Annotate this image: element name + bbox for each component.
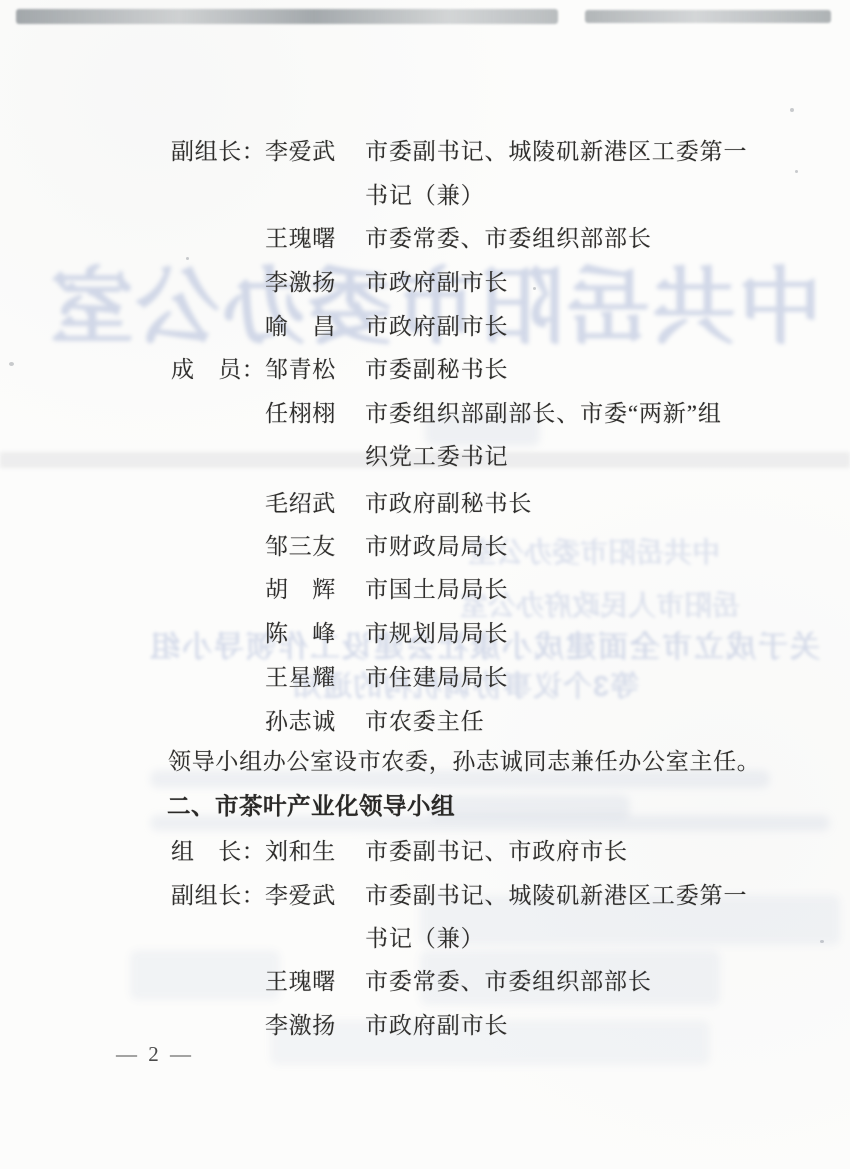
page-number: — 2 — — [116, 1042, 194, 1067]
doc-line: 毛绍武 市政府副秘书长 — [0, 485, 850, 517]
member-name: 王星耀 — [265, 659, 336, 692]
member-name: 喻 昌 — [265, 308, 336, 341]
member-name: 孙志诚 — [265, 703, 336, 736]
member-title: 市政府副市长 — [365, 264, 508, 297]
member-name: 胡 辉 — [265, 571, 336, 604]
member-title: 市委组织部副部长、市委“两新”组 — [365, 395, 722, 428]
doc-line: 胡 辉 市国土局局长 — [0, 571, 850, 603]
doc-line: 副组长： 李爱武 市委副书记、城陵矶新港区工委第一 — [0, 877, 850, 909]
doc-line: 陈 峰 市规划局局长 — [0, 615, 850, 647]
scanned-document-page: 中共岳阳市委办公室 中共岳阳市委办公室 岳阳市人民政府办公室 关于成立市全面建成… — [0, 0, 850, 1169]
member-title: 市政府副市长 — [365, 308, 508, 341]
member-title: 市农委主任 — [365, 703, 485, 736]
member-title: 市委副书记、城陵矶新港区工委第一 — [365, 133, 747, 166]
member-name: 李激扬 — [265, 264, 336, 297]
role-label: 组 长： — [171, 833, 265, 866]
doc-line: 书记（兼） — [0, 920, 850, 952]
member-name: 李爱武 — [265, 877, 336, 910]
doc-line: 书记（兼） — [0, 177, 850, 209]
bleedthrough-header-large: 中共岳阳市委办公室 — [48, 240, 822, 361]
member-title: 市国土局局长 — [365, 571, 508, 604]
member-title-continuation: 书记（兼） — [365, 920, 485, 953]
doc-line: 副组长： 李爱武 市委副书记、城陵矶新港区工委第一 — [0, 133, 850, 165]
role-label: 成 员： — [171, 351, 265, 384]
member-name: 邹青松 — [265, 351, 336, 384]
scan-edge-artifact — [585, 10, 831, 23]
member-title: 市委常委、市委组织部部长 — [365, 963, 652, 996]
member-name: 任栩栩 — [265, 395, 336, 428]
doc-line: 邹三友 市财政局局长 — [0, 528, 850, 560]
member-title-continuation: 书记（兼） — [365, 177, 485, 210]
doc-line: 王瑰曙 市委常委、市委组织部部长 — [0, 963, 850, 995]
office-note-line: 领导小组办公室设市农委，孙志诚同志兼任办公室主任。 — [0, 743, 850, 775]
doc-line: 李激扬 市政府副市长 — [0, 1007, 850, 1039]
member-title: 市规划局局长 — [365, 615, 508, 648]
member-title: 市住建局局长 — [365, 659, 508, 692]
doc-line: 孙志诚 市农委主任 — [0, 703, 850, 735]
doc-line: 李激扬 市政府副市长 — [0, 264, 850, 296]
scan-speck — [790, 108, 794, 112]
doc-line: 组 长： 刘和生 市委副书记、市政府市长 — [0, 833, 850, 865]
doc-line: 成 员： 邹青松 市委副秘书长 — [0, 351, 850, 383]
member-title: 市委副书记、城陵矶新港区工委第一 — [365, 877, 747, 910]
member-title: 市政府副市长 — [365, 1007, 508, 1040]
doc-line: 织党工委书记 — [0, 438, 850, 470]
role-label: 副组长： — [171, 133, 265, 166]
scan-edge-artifact — [16, 9, 558, 24]
member-title-continuation: 织党工委书记 — [365, 438, 508, 471]
member-name: 邹三友 — [265, 528, 336, 561]
section-heading-line: 二、市茶叶产业化领导小组 — [0, 787, 850, 819]
doc-line: 喻 昌 市政府副市长 — [0, 308, 850, 340]
member-title: 市委常委、市委组织部部长 — [365, 220, 652, 253]
section2-heading: 二、市茶叶产业化领导小组 — [167, 787, 455, 821]
member-name: 刘和生 — [265, 833, 336, 866]
member-name: 陈 峰 — [265, 615, 336, 648]
office-note-text: 领导小组办公室设市农委，孙志诚同志兼任办公室主任。 — [168, 743, 761, 776]
member-name: 毛绍武 — [265, 485, 336, 518]
member-name: 王瑰曙 — [265, 963, 336, 996]
member-name: 李激扬 — [265, 1007, 336, 1040]
doc-line: 王瑰曙 市委常委、市委组织部部长 — [0, 220, 850, 252]
doc-line: 王星耀 市住建局局长 — [0, 659, 850, 691]
member-title: 市财政局局长 — [365, 528, 508, 561]
member-title: 市政府副秘书长 — [365, 485, 532, 518]
role-label: 副组长： — [171, 877, 265, 910]
member-title: 市委副书记、市政府市长 — [365, 833, 628, 866]
member-name: 李爱武 — [265, 133, 336, 166]
doc-line: 任栩栩 市委组织部副部长、市委“两新”组 — [0, 395, 850, 427]
scan-speck — [795, 170, 798, 173]
member-name: 王瑰曙 — [265, 220, 336, 253]
member-title: 市委副秘书长 — [365, 351, 508, 384]
